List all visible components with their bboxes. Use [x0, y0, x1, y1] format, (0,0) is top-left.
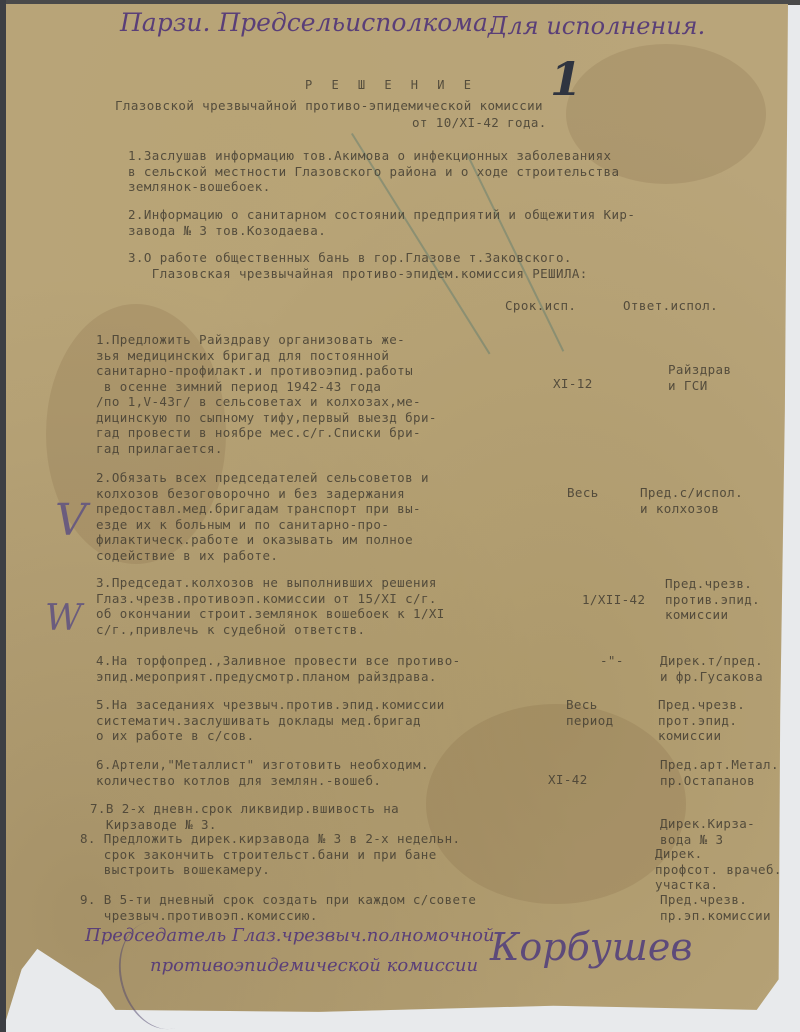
- item-deadline: XI-42: [548, 772, 588, 788]
- document-date: от 10/XI-42 года.: [412, 115, 547, 131]
- margin-checkmark: V: [55, 495, 87, 546]
- resolution-item: 8. Предложить дирек.кирзавода № 3 в 2-х …: [80, 831, 460, 878]
- margin-checkmark: W: [45, 598, 82, 639]
- item-responsible: Пред.чрезв. против.эпид. комиссии: [665, 576, 760, 623]
- item-deadline: 1/XII-42: [582, 592, 645, 608]
- resolution-item: 2.Обязать всех председателей сельсоветов…: [96, 470, 429, 563]
- signatory-title: Председатель Глаз.чрезвыч.полномочной: [85, 925, 495, 946]
- column-header-deadline: Срок.исп.: [505, 298, 576, 314]
- paper-stain: [426, 704, 686, 904]
- resolution-item: 1.Предложить Райздраву организовать же- …: [96, 332, 437, 456]
- item-deadline: Весь: [567, 485, 599, 501]
- resolution-item: 4.На торфопред.,Заливное провести все пр…: [96, 653, 461, 684]
- handwritten-addressee: Парзи. Предсельисполкома.: [120, 8, 496, 37]
- item-responsible: Пред.арт.Метал. пр.Остапанов: [660, 757, 779, 788]
- signatory-title-2: противоэпидемической комиссии: [150, 955, 478, 976]
- agenda-item: 1.Заслушав информацию тов.Акимова о инфе…: [128, 148, 619, 195]
- column-header-responsible: Ответ.испол.: [623, 298, 718, 314]
- item-deadline: XI-12: [553, 376, 593, 392]
- resolution-item: 7.В 2-х дневн.срок ликвидир.вшивость на …: [90, 801, 399, 832]
- resolution-item: 5.На заседаниях чрезвыч.против.эпид.коми…: [96, 697, 445, 744]
- item-deadline: -"-: [600, 653, 624, 669]
- document-title: Р Е Ш Е Н И Е: [305, 78, 477, 94]
- scanner-frame-left: [0, 0, 6, 1032]
- resolution-item: 9. В 5-ти дневный срок создать при каждо…: [80, 892, 476, 923]
- signature: Корбушев: [490, 925, 692, 969]
- item-responsible: Пред.чрезв. пр.эп.комиссии: [660, 892, 771, 923]
- page-number: 1: [550, 52, 582, 106]
- handwritten-resolution: Для исполнения.: [488, 12, 705, 40]
- item-responsible: Райздрав и ГСИ: [668, 362, 731, 393]
- agenda-item: 3.О работе общественных бань в гор.Глазо…: [128, 250, 588, 281]
- agenda-item: 2.Информацию о санитарном состоянии пред…: [128, 207, 635, 238]
- item-responsible: Дирек.т/пред. и фр.Гусакова: [660, 653, 763, 684]
- resolution-item: 3.Председат.колхозов не выполнивших реше…: [96, 575, 445, 637]
- item-responsible: Пред.чрезв. прот.эпид. комиссии: [658, 697, 745, 744]
- document-subtitle: Глазовской чрезвычайной противо-эпидемич…: [115, 98, 543, 114]
- item-responsible: Дирек. профсот. врачеб. участка.: [655, 846, 782, 893]
- item-responsible: Пред.с/испол. и колхозов: [640, 485, 743, 516]
- item-deadline: Весь период: [566, 697, 614, 728]
- item-responsible: Дирек.Кирза- вода № 3: [660, 816, 755, 847]
- resolution-item: 6.Артели,"Металлист" изготовить необходи…: [96, 757, 429, 788]
